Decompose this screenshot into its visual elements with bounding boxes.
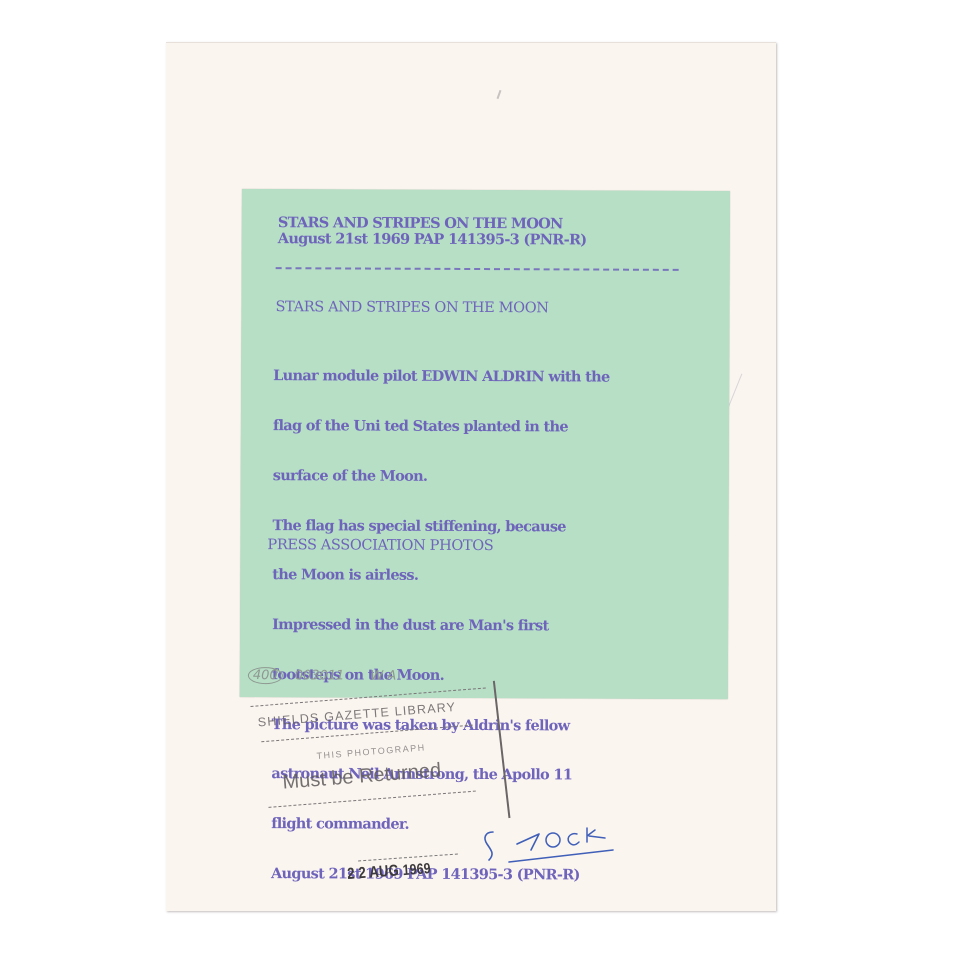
caption-line: flag of the Uni ted States planted in th… (273, 418, 609, 436)
caption-heading: STARS AND STRIPES ON THE MOON (275, 299, 548, 317)
pencil-notes: 400003011W A (248, 667, 396, 685)
stamp-subtext: THIS PHOTOGRAPH (316, 742, 426, 761)
typed-divider (276, 267, 679, 271)
caption-line: the Moon is airless. (272, 567, 608, 585)
date-stamp-year: 1969 (402, 860, 431, 879)
date-stamp-day: 2 2 (347, 865, 367, 883)
pencil-circled-number: 400 (248, 667, 283, 684)
caption-line: The flag has special stiffening, because (272, 518, 608, 536)
caption-line: Impressed in the dust are Man's first (272, 617, 608, 635)
caption-header-title: STARS AND STRIPES ON THE MOON (278, 214, 563, 232)
stamp-rule (261, 725, 473, 744)
pencil-initials: W A (370, 669, 396, 684)
caption-header-reference: August 21st 1969 PAP 141395-3 (PNR-R) (278, 231, 587, 249)
paper-mark (497, 90, 502, 99)
date-stamp-month: AUG (369, 862, 400, 881)
pencil-reference-number: 003011 (295, 668, 345, 683)
press-credit: PRESS ASSOCIATION PHOTOS (267, 537, 493, 554)
caption-header: STARS AND STRIPES ON THE MOON August 21s… (278, 215, 587, 249)
caption-line: surface of the Moon. (273, 468, 609, 486)
caption-slip: STARS AND STRIPES ON THE MOON August 21s… (240, 189, 730, 699)
handwritten-stock-note: STOCK (481, 822, 641, 872)
stamp-must-be-returned: Must be Returned (282, 759, 442, 794)
library-stamp: SHIELDS GAZETTE LIBRARY THIS PHOTOGRAPH … (250, 681, 502, 838)
caption-line: Lunar module pilot EDWIN ALDRIN with the (273, 368, 609, 386)
